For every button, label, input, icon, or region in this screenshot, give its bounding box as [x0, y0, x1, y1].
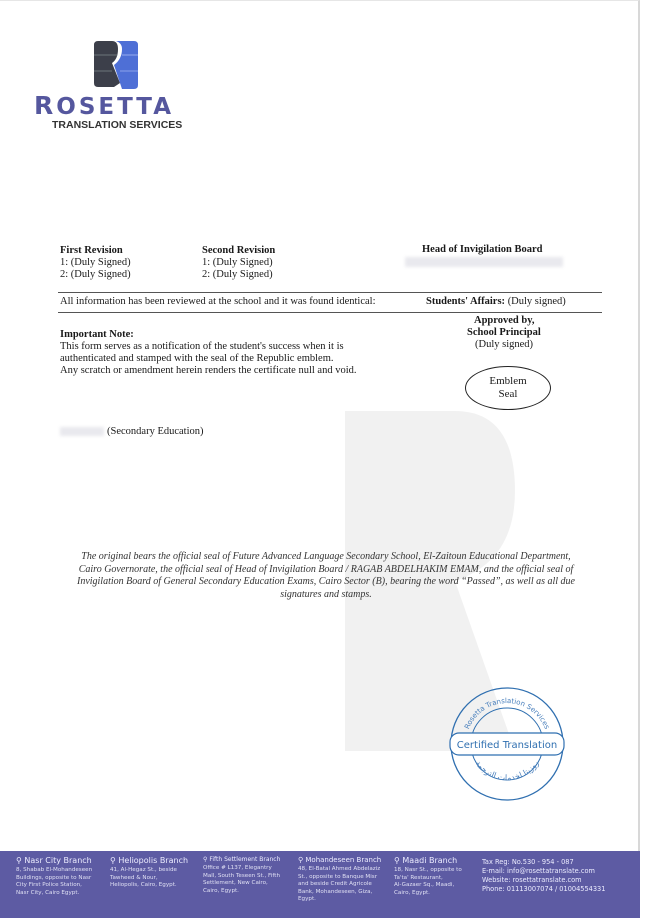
students-affairs: Students' Affairs: (Duly signed) — [426, 296, 566, 308]
location-pin-icon: ⚲ — [394, 856, 400, 865]
important-note-line: Any scratch or amendment herein renders … — [60, 365, 357, 377]
important-note-title: Important Note: — [60, 329, 134, 341]
branch-heliopolis: ⚲ Heliopolis Branch 41, Al-Hegaz St., be… — [110, 856, 188, 890]
first-revision-title: First Revision — [60, 245, 123, 257]
location-pin-icon: ⚲ — [16, 856, 22, 865]
svg-text:Certified Translation: Certified Translation — [457, 740, 557, 751]
divider — [58, 292, 602, 293]
brand-tagline: TRANSLATION SERVICES — [52, 119, 182, 131]
redacted-name — [405, 257, 563, 267]
approved-by: Approved by, — [474, 315, 535, 327]
redacted-field — [60, 427, 104, 436]
second-revision-title: Second Revision — [202, 245, 275, 257]
review-statement: All information has been reviewed at the… — [60, 296, 376, 308]
certified-translation-stamp-icon: Rosetta Translation Services Certified T… — [448, 685, 566, 803]
rosetta-r-icon — [92, 39, 140, 91]
education-label: (Secondary Education) — [107, 426, 204, 438]
first-revision-line: 2: (Duly Signed) — [60, 269, 131, 281]
phone-numbers: Phone: 01113007074 / 01004554331 — [482, 885, 605, 894]
emblem-seal: Emblem Seal — [465, 366, 551, 410]
email-link[interactable]: E-mail: info@rosettatranslate.com — [482, 867, 605, 876]
branch-mohandeseen: ⚲ Mohandeseen Branch 48, El-Batal Ahmed … — [298, 856, 381, 904]
location-pin-icon: ⚲ — [298, 856, 303, 864]
first-revision-line: 1: (Duly Signed) — [60, 257, 131, 269]
branch-nasr-city: ⚲ Nasr City Branch 8, Shabab El-Mohandes… — [16, 856, 92, 897]
important-note-line: authenticated and stamped with the seal … — [60, 353, 334, 365]
tax-reg: Tax Reg: No.530 - 954 - 087 — [482, 858, 605, 867]
website-link[interactable]: Website: rosettatranslate.com — [482, 876, 605, 885]
brand-name: ROSETTA — [34, 91, 174, 120]
location-pin-icon: ⚲ — [110, 856, 116, 865]
second-revision-line: 2: (Duly Signed) — [202, 269, 273, 281]
footer-bar: ⚲ Nasr City Branch 8, Shabab El-Mohandes… — [0, 851, 640, 918]
svg-text:روزيتا لخدمات الترجمة: روزيتا لخدمات الترجمة — [473, 759, 540, 783]
head-invigilation-title: Head of Invigilation Board — [422, 244, 542, 256]
contact-info: Tax Reg: No.530 - 954 - 087 E-mail: info… — [482, 858, 605, 894]
second-revision-line: 1: (Duly Signed) — [202, 257, 273, 269]
branch-fifth-settlement: ⚲ Fifth Settlement Branch Office # L137,… — [203, 856, 280, 895]
location-pin-icon: ⚲ — [203, 856, 207, 863]
document-page: ROSETTA TRANSLATION SERVICES First Revis… — [0, 0, 640, 918]
important-note-line: This form serves as a notification of th… — [60, 341, 344, 353]
divider — [58, 312, 602, 313]
principal-signature: (Duly signed) — [475, 339, 533, 351]
branch-maadi: ⚲ Maadi Branch 18, Nasr St., opposite to… — [394, 856, 462, 897]
school-principal: School Principal — [467, 327, 541, 339]
translator-note: The original bears the official seal of … — [72, 551, 580, 601]
